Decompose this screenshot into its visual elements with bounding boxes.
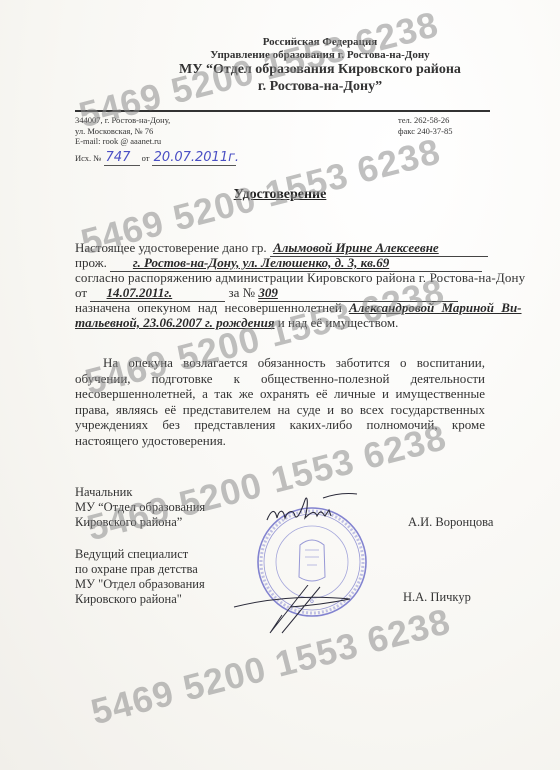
- document-title: Удостоверение: [0, 187, 560, 203]
- signatory-1-org-cont: Кировского района”: [75, 515, 205, 530]
- signature-1-icon: [265, 490, 360, 530]
- signatory-2-position: Ведущий специалист по охране прав детств…: [75, 547, 205, 607]
- phone-number: тел. 262-58-26: [398, 115, 453, 126]
- signatory-2-title-cont: по охране прав детства: [75, 562, 205, 577]
- header-department: Управление образования г. Ростова-на-Дон…: [40, 49, 560, 61]
- residence-label: прож.: [75, 255, 107, 270]
- signatory-1-position: Начальник МУ “Отдел образования Кировско…: [75, 485, 205, 530]
- ward-name-part1: Александровой Мариной Ви-: [349, 300, 521, 315]
- header-city: г. Ростова-на-Дону”: [40, 79, 560, 95]
- duties-paragraph: На опекуна возлагается обязанность забот…: [75, 355, 485, 448]
- order-date: 14.07.2011г.: [107, 285, 173, 300]
- signature-2-icon: [230, 585, 380, 635]
- residence-address: г. Ростов-на-Дону, ул. Лелюшенко, д. 3, …: [133, 255, 389, 270]
- signatory-2-org: МУ "Отдел образования: [75, 577, 205, 592]
- order-number-label: за №: [229, 285, 256, 300]
- signatory-2-name: Н.А. Пичкур: [403, 590, 471, 605]
- address-line-2: ул. Московская, № 76: [75, 126, 170, 137]
- outgoing-date: 20.07.2011г.: [152, 150, 236, 166]
- document-page: Российская Федерация Управление образова…: [0, 0, 560, 770]
- ward-name-part2: тальевной, 23.06.2007 г. рождения: [75, 315, 275, 330]
- guardianship-label: назначена опекуном над несовершеннолетне…: [75, 300, 342, 315]
- letterhead-divider: [75, 110, 490, 112]
- order-basis-line: согласно распоряжению администрации Киро…: [75, 270, 485, 286]
- property-clause: и над её имуществом.: [278, 315, 399, 330]
- header-organization: МУ “Отдел образования Кировского района: [40, 62, 560, 78]
- recipient-name: Алымовой Ирине Алексеевне: [273, 240, 439, 255]
- address-email: E-mail: rook @ aaanet.ru: [75, 136, 170, 147]
- fax-number: факс 240-37-85: [398, 126, 453, 137]
- order-number: 309: [258, 285, 278, 300]
- outgoing-number: 747: [104, 150, 140, 166]
- order-date-label: от: [75, 285, 87, 300]
- recipient-label: Настоящее удостоверение дано гр.: [75, 240, 267, 255]
- guardianship-line-cont: тальевной, 23.06.2007 г. рождения и над …: [75, 315, 485, 331]
- signatory-1-org: МУ “Отдел образования: [75, 500, 205, 515]
- outgoing-reference: Исх. № 747 от 20.07.2011г.: [75, 150, 236, 166]
- address-line-1: 344007, г. Ростов-на-Дону,: [75, 115, 170, 126]
- postal-address: 344007, г. Ростов-на-Дону, ул. Московска…: [75, 115, 170, 147]
- guardianship-line: назначена опекуном над несовершеннолетне…: [75, 300, 485, 316]
- duties-text: На опекуна возлагается обязанность забот…: [75, 355, 485, 448]
- outgoing-number-label: Исх. №: [75, 153, 101, 163]
- header-country: Российская Федерация: [40, 36, 560, 48]
- outgoing-date-label: от: [142, 153, 150, 163]
- signatory-1-name: А.И. Воронцова: [408, 515, 493, 530]
- signatory-2-org-cont: Кировского района": [75, 592, 205, 607]
- signatory-2-title: Ведущий специалист: [75, 547, 205, 562]
- contact-numbers: тел. 262-58-26 факс 240-37-85: [398, 115, 453, 136]
- signatory-1-title: Начальник: [75, 485, 205, 500]
